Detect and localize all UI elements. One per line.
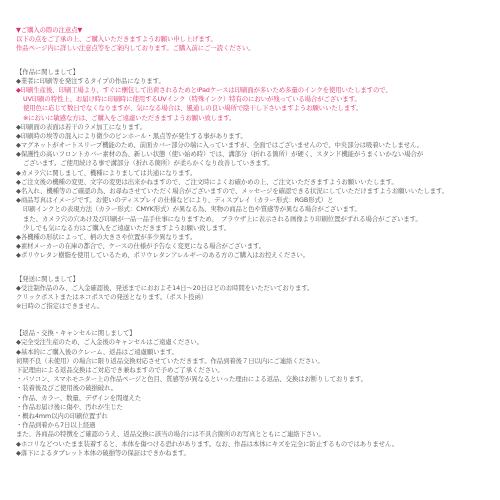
notice-line: 作品ページ内に詳しい注意点等をご案内しております。ご購入前にご一読ください。 <box>16 44 496 53</box>
list-item: ◆カメラ穴に関しまして、機種によりましては共通になります。 <box>16 169 496 178</box>
list-item-continued: また、カメラ穴の穴あけ及び印刷が一品一品手仕事になりますため、 ブラウザ上に表示… <box>16 215 496 224</box>
list-item-continued: UV印刷の特性上、お届け時に印刷時に使用するUVインク（特殊インク）特有のにおい… <box>16 95 496 104</box>
product-section: 【作品に関しまして】 ◆業者に印刷等を発注するタイプの作品になります。 ◆印刷生… <box>16 68 496 261</box>
list-item: ・パソコン、スマホモニター上の作品ページと色目、質感等が異なるといった理由による… <box>16 375 496 384</box>
list-item: ◆ポリウレタン樹脂を使用しているため、ポリウレタンアレルギーのある方のご購入はお… <box>16 251 496 260</box>
list-item: ◆商品写真はイメージです。お使いのディスプレイの仕様などにより、ディスプレイ（カ… <box>16 196 496 205</box>
list-item: ・概ね4mm以内の印刷位置ずれ <box>16 412 496 421</box>
list-item: ◆完全受注生産のため、ご入金後のキャンセルはご遠慮ください。 <box>16 338 496 347</box>
list-item: ◆業者に印刷等を発注するタイプの作品になります。 <box>16 77 496 86</box>
list-item: ◆素材メーカーの在庫の都合で、ケースの仕様が予告なく変更になる場合がございます。 <box>16 242 496 251</box>
list-item-continued: 印刷インクとの表現方法（カラー形式：CMYK形式）が異なる為、実物の商品と色や質… <box>16 205 496 214</box>
notice-line: 以下の点をご了承の上、ご購入いただきますようお願い申し上げます。 <box>16 35 496 44</box>
list-item-note: ※日時のご指定はできません。 <box>16 302 496 311</box>
purchase-notes-document: ▼ご購入の際の注意点▼ 以下の点をご了承の上、ご購入いただきますようお願い申し上… <box>16 26 496 458</box>
list-item: ◆印刷面の表面は若干のラメ加工になります。 <box>16 123 496 132</box>
list-item: ◆ご注文後の機種の変更、文字の変更は出来かねますので、ご注文時によくお確かめの上… <box>16 178 496 187</box>
list-item: ◆受注制作品のみ、ご入金確認後、発送までにおおよそ14日〜20日ほどのお時間をい… <box>16 284 496 293</box>
list-item: ◆マグネットがオートスリープ機能のため、前面カバー部分の端に入っていますが、全面… <box>16 141 496 150</box>
list-item: ◆名入れ、機種等のご確認の為、お尋ねさせていただく場合がございますので、メッセー… <box>16 187 496 196</box>
list-item-continued: ※においに敏感な方は、ご購入をご遠慮いただきますようお願い致します。 <box>16 114 496 123</box>
section-heading: 【作品に関しまして】 <box>16 68 496 77</box>
list-item: ・作品お届け後に傷や、汚れが生じた <box>16 403 496 412</box>
shipping-section: 【発送に関しまして】 ◆受注制作品のみ、ご入金確認後、発送までにおおよそ14日〜… <box>16 275 496 312</box>
list-item-continued: ございます。ご使用続ける事で溝部分（折れる箇所）が柔らかくなり改善していきます。 <box>16 159 496 168</box>
list-item-continued: 少しでも気になる方はご購入をご遠慮いただきますようお願い致します。 <box>16 224 496 233</box>
list-item-continued: クリックポストまたはネコポスでの発送となります。（ポスト投函） <box>16 293 496 302</box>
list-item: ◆印刷時の埃等の混入により微少のピンホール・黒点等が発生する事があります。 <box>16 132 496 141</box>
list-item: ◆基本的にご購入後のクレーム、返品はご遠慮願います。 <box>16 348 496 357</box>
returns-section: 【返品・交換・キャンセルに関しまして】 ◆完全受注生産のため、ご入金後のキャンセ… <box>16 329 496 458</box>
list-item-continued: 下記理由による返品交換はご対応でき兼ねますので予めご了承ください。 <box>16 366 496 375</box>
list-item-continued: また、各商品の特徴をご確認のうえ、返品交換に該当の場合には不具合箇所のお写真とと… <box>16 430 496 439</box>
list-item: ◆ホコリなどついたまま装着すると、本体を傷つける恐れがあります。なお、作品は本体… <box>16 440 496 449</box>
list-item: ・作品到着から7日以上経過 <box>16 421 496 430</box>
list-item: ・装着後及びご使用後の破損破れ。 <box>16 384 496 393</box>
list-item: ◆印刷生産後、印刷工場より、すぐに梱包して出荷されるためとiPadケースは印刷面… <box>16 86 496 95</box>
list-item-continued: 使用色に応じて数日でなくなりますが、気になる場合は、風通しの良い場所で陰干し下さ… <box>16 104 496 113</box>
notice-title: ▼ご購入の際の注意点▼ <box>16 26 496 35</box>
list-item: ・作品、カラー、数量、デザインを間違えた <box>16 394 496 403</box>
list-item-continued: 初期不良（未使用）の場合に限り返品交換対応させていただきます。作品到着後７日以内… <box>16 357 496 366</box>
list-item: ◆落下によるタブレット本体の破損等の保証はできかねます。 <box>16 449 496 458</box>
notice-block: ▼ご購入の際の注意点▼ 以下の点をご了承の上、ご購入いただきますようお願い申し上… <box>16 26 496 54</box>
list-item: ◆各機種の形状によって、柄の大きさや位置が多少異なります。 <box>16 233 496 242</box>
section-heading: 【発送に関しまして】 <box>16 275 496 284</box>
